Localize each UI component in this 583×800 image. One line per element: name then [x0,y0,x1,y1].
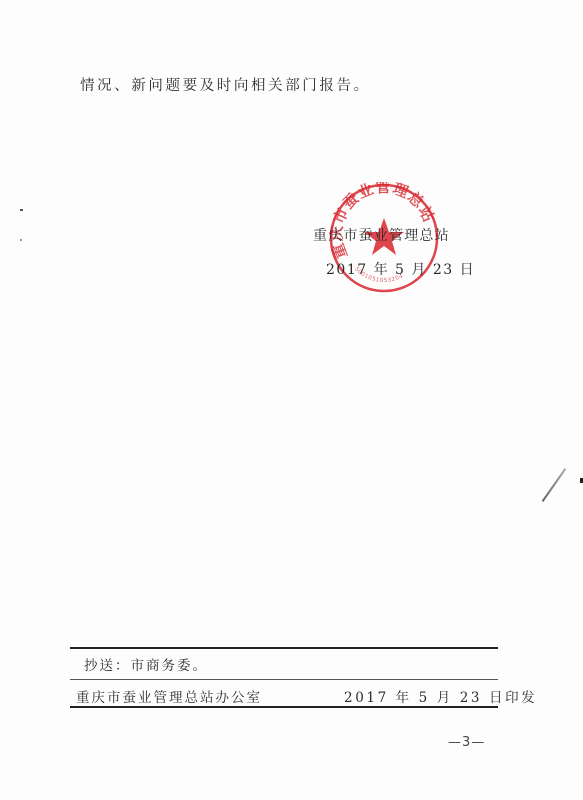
footer-rule-middle [70,679,498,680]
footer-rule-bottom [70,706,498,708]
seal-ring-text: 重庆市蚕业管理总站 [328,182,438,261]
signature-date: 2017 年 5 月 23 日 [326,259,475,279]
cc-line: 抄送：市商务委。 [84,654,208,674]
page-number: —3— [448,735,485,750]
scan-speck [20,239,22,241]
body-paragraph-line: 情况、新问题要及时向相关部门报告。 [80,74,371,95]
issuer-office: 重庆市蚕业管理总站办公室 [76,686,262,706]
signature-organization: 重庆市蚕业管理总站 [313,225,450,245]
scan-speck [20,209,23,211]
footer-rule-top [70,647,498,649]
issue-date: 2017 年 5 月 23 日印发 [344,686,537,706]
svg-text:重庆市蚕业管理总站: 重庆市蚕业管理总站 [328,182,438,261]
page-edge-shadow [542,468,567,502]
